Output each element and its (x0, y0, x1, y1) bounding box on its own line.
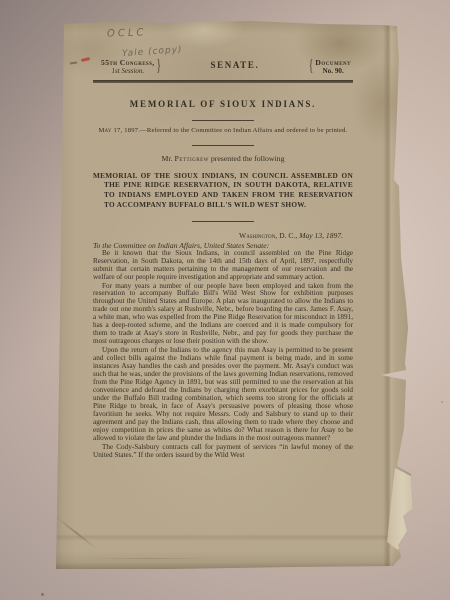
dateline: Washington, D. C., May 13, 1897. (93, 231, 353, 240)
divider-rule (192, 145, 254, 146)
page-title: MEMORIAL OF SIOUX INDIANS. (93, 99, 353, 109)
photo-background: OCLC Yale (copy) 55th Congress, 1st Sess… (0, 0, 450, 600)
handwritten-note-yale: Yale (copy) (122, 45, 183, 59)
document-label: Document (315, 58, 351, 67)
body-paragraph: For many years a number of our people ha… (93, 283, 353, 347)
memorial-heading: MEMORIAL OF THE SIOUX INDIANS, IN COUNCI… (93, 171, 353, 210)
dateline-date: , May 13, 1897. (295, 231, 343, 240)
body-paragraph: Be it known that the Sioux Indians, in c… (93, 250, 353, 282)
pencil-dash-mark (70, 62, 77, 64)
referral-line: May 17, 1897.—Referred to the Committee … (93, 127, 353, 134)
handwritten-note-oclc: OCLC (107, 27, 147, 39)
chamber-label: SENATE. (163, 58, 307, 70)
congress-session-block: 55th Congress, 1st Session. (101, 58, 155, 75)
paper-crease (90, 558, 210, 559)
torn-corner-flap (385, 458, 417, 563)
left-brace: } (157, 56, 161, 75)
dateline-place: Washington, D. C. (239, 231, 295, 240)
right-brace: { (309, 56, 313, 75)
document-number: No. 90. (315, 67, 351, 75)
session-label: 1st Session. (101, 67, 155, 75)
presenter-name: Pettigrew (175, 154, 209, 163)
referral-text: —Referred to the Committee on Indian Aff… (140, 127, 347, 134)
red-pencil-mark (81, 57, 90, 62)
document-number-block: { Document No. 90. (307, 58, 351, 75)
paper-crease (55, 516, 97, 550)
divider-rule (192, 221, 254, 222)
body-paragraph: The Cody-Salsbury contracts call for pay… (93, 444, 353, 460)
header-rule (93, 80, 353, 83)
body-paragraph: Upon the return of the Indians to the ag… (93, 347, 353, 442)
referral-date: May 17, 1897. (98, 127, 140, 134)
background-speck (41, 593, 44, 596)
memorial-body: Be it known that the Sioux Indians, in c… (93, 250, 353, 460)
printed-content: 55th Congress, 1st Session. } SENATE. { … (93, 58, 353, 460)
background-speck (441, 401, 443, 403)
congress-label: 55th Congress, (101, 58, 155, 67)
divider-rule (192, 120, 254, 121)
masthead: 55th Congress, 1st Session. } SENATE. { … (93, 58, 353, 75)
document-page: OCLC Yale (copy) 55th Congress, 1st Sess… (50, 18, 415, 570)
presenter-line: Mr. Pettigrew presented the following (93, 154, 353, 163)
